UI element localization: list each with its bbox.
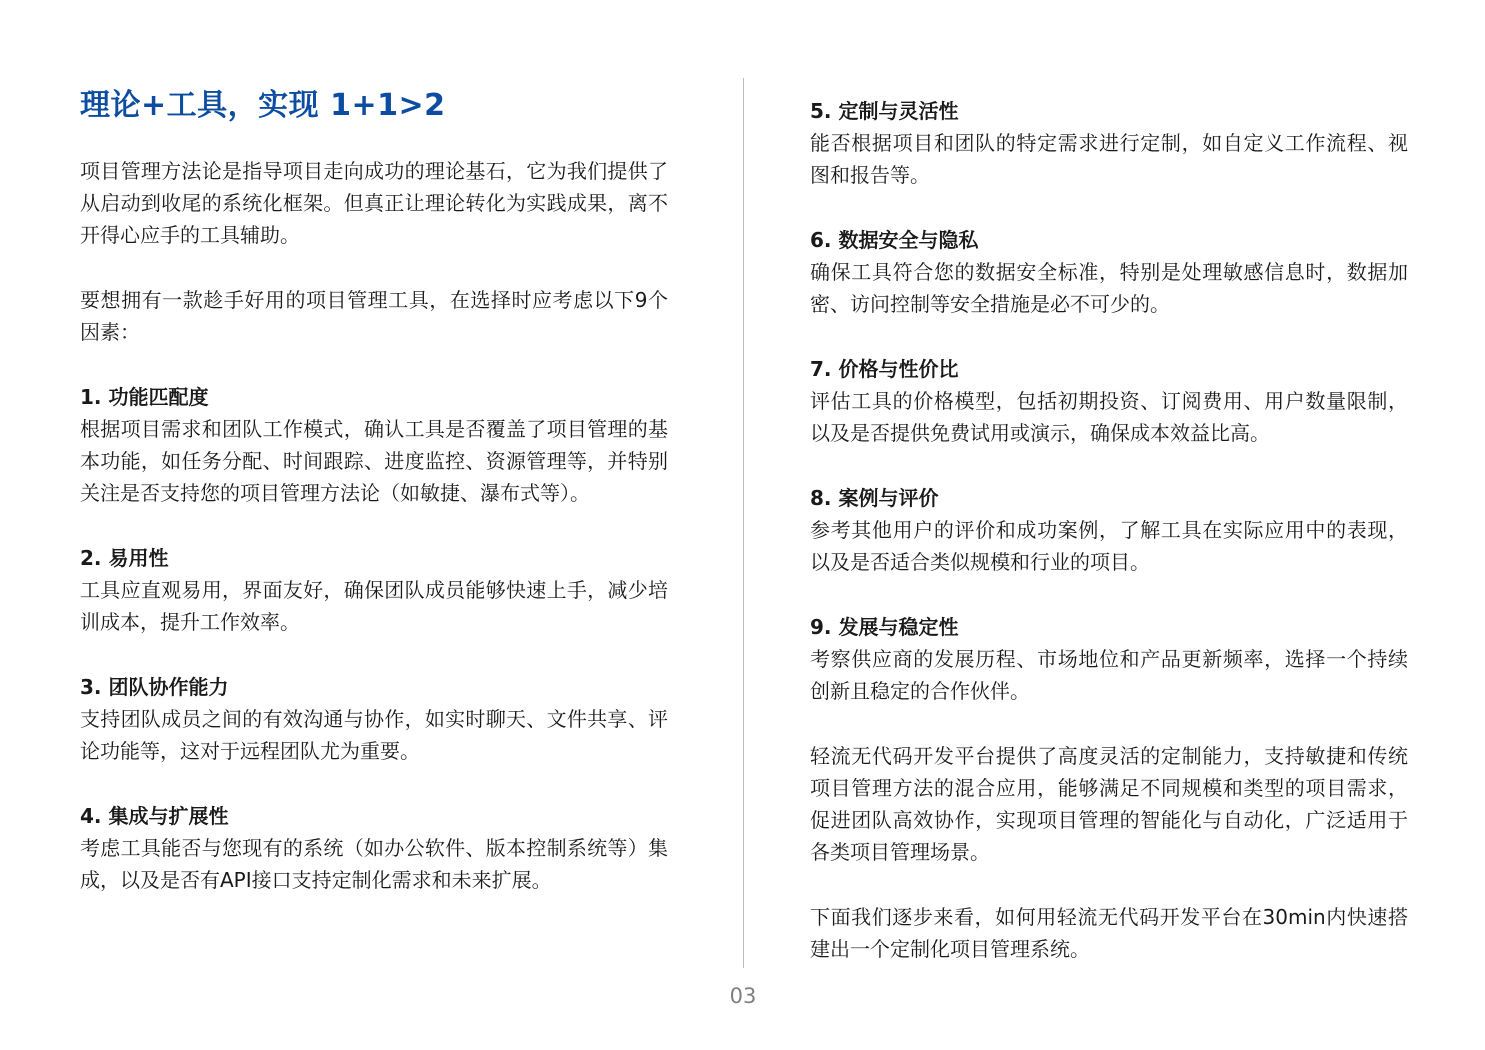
intro-paragraph: 项目管理方法论是指导项目走向成功的理论基石，它为我们提供了从启动到收尾的系统化框…: [80, 155, 668, 251]
factor-heading: 5. 定制与灵活性: [810, 95, 1408, 127]
factor-body: 确保工具符合您的数据安全标准，特别是处理敏感信息时，数据加密、访问控制等安全措施…: [810, 256, 1408, 320]
factor-body: 工具应直观易用，界面友好，确保团队成员能够快速上手，减少培训成本，提升工作效率。: [80, 574, 668, 638]
factor-body: 参考其他用户的评价和成功案例，了解工具在实际应用中的表现，以及是否适合类似规模和…: [810, 514, 1408, 578]
factor-body: 根据项目需求和团队工作模式，确认工具是否覆盖了项目管理的基本功能，如任务分配、时…: [80, 413, 668, 509]
column-divider: [743, 78, 744, 968]
factor-item: 8. 案例与评价 参考其他用户的评价和成功案例，了解工具在实际应用中的表现，以及…: [810, 482, 1408, 578]
factor-heading: 3. 团队协作能力: [80, 671, 668, 703]
factor-item: 5. 定制与灵活性 能否根据项目和团队的特定需求进行定制，如自定义工作流程、视图…: [810, 95, 1408, 191]
factor-body: 能否根据项目和团队的特定需求进行定制，如自定义工作流程、视图和报告等。: [810, 127, 1408, 191]
factor-heading: 8. 案例与评价: [810, 482, 1408, 514]
left-column: 理论+工具，实现 1+1>2 项目管理方法论是指导项目走向成功的理论基石，它为我…: [80, 88, 668, 929]
factor-item: 9. 发展与稳定性 考察供应商的发展历程、市场地位和产品更新频率，选择一个持续创…: [810, 611, 1408, 707]
factor-heading: 6. 数据安全与隐私: [810, 224, 1408, 256]
factor-item: 4. 集成与扩展性 考虑工具能否与您现有的系统（如办公软件、版本控制系统等）集成…: [80, 800, 668, 896]
factor-body: 考察供应商的发展历程、市场地位和产品更新频率，选择一个持续创新且稳定的合作伙伴。: [810, 643, 1408, 707]
factor-heading: 1. 功能匹配度: [80, 381, 668, 413]
factor-item: 1. 功能匹配度 根据项目需求和团队工作模式，确认工具是否覆盖了项目管理的基本功…: [80, 381, 668, 509]
closing-paragraph: 下面我们逐步来看，如何用轻流无代码开发平台在30min内快速搭建出一个定制化项目…: [810, 901, 1408, 965]
factor-item: 7. 价格与性价比 评估工具的价格模型，包括初期投资、订阅费用、用户数量限制，以…: [810, 353, 1408, 449]
factor-item: 3. 团队协作能力 支持团队成员之间的有效沟通与协作，如实时聊天、文件共享、评论…: [80, 671, 668, 767]
factor-item: 2. 易用性 工具应直观易用，界面友好，确保团队成员能够快速上手，减少培训成本，…: [80, 542, 668, 638]
factor-body: 评估工具的价格模型，包括初期投资、订阅费用、用户数量限制，以及是否提供免费试用或…: [810, 385, 1408, 449]
factor-body: 考虑工具能否与您现有的系统（如办公软件、版本控制系统等）集成，以及是否有API接…: [80, 832, 668, 896]
closing-paragraph: 轻流无代码开发平台提供了高度灵活的定制能力，支持敏捷和传统项目管理方法的混合应用…: [810, 740, 1408, 868]
factor-body: 支持团队成员之间的有效沟通与协作，如实时聊天、文件共享、评论功能等，这对于远程团…: [80, 703, 668, 767]
factor-heading: 4. 集成与扩展性: [80, 800, 668, 832]
page-number: 03: [730, 984, 757, 1008]
factor-heading: 2. 易用性: [80, 542, 668, 574]
right-column: 5. 定制与灵活性 能否根据项目和团队的特定需求进行定制，如自定义工作流程、视图…: [810, 95, 1408, 998]
page-title: 理论+工具，实现 1+1>2: [80, 88, 668, 124]
factor-item: 6. 数据安全与隐私 确保工具符合您的数据安全标准，特别是处理敏感信息时，数据加…: [810, 224, 1408, 320]
factor-heading: 7. 价格与性价比: [810, 353, 1408, 385]
factor-heading: 9. 发展与稳定性: [810, 611, 1408, 643]
document-page: 理论+工具，实现 1+1>2 项目管理方法论是指导项目走向成功的理论基石，它为我…: [0, 0, 1485, 1050]
intro-paragraph: 要想拥有一款趁手好用的项目管理工具，在选择时应考虑以下9个因素：: [80, 284, 668, 348]
